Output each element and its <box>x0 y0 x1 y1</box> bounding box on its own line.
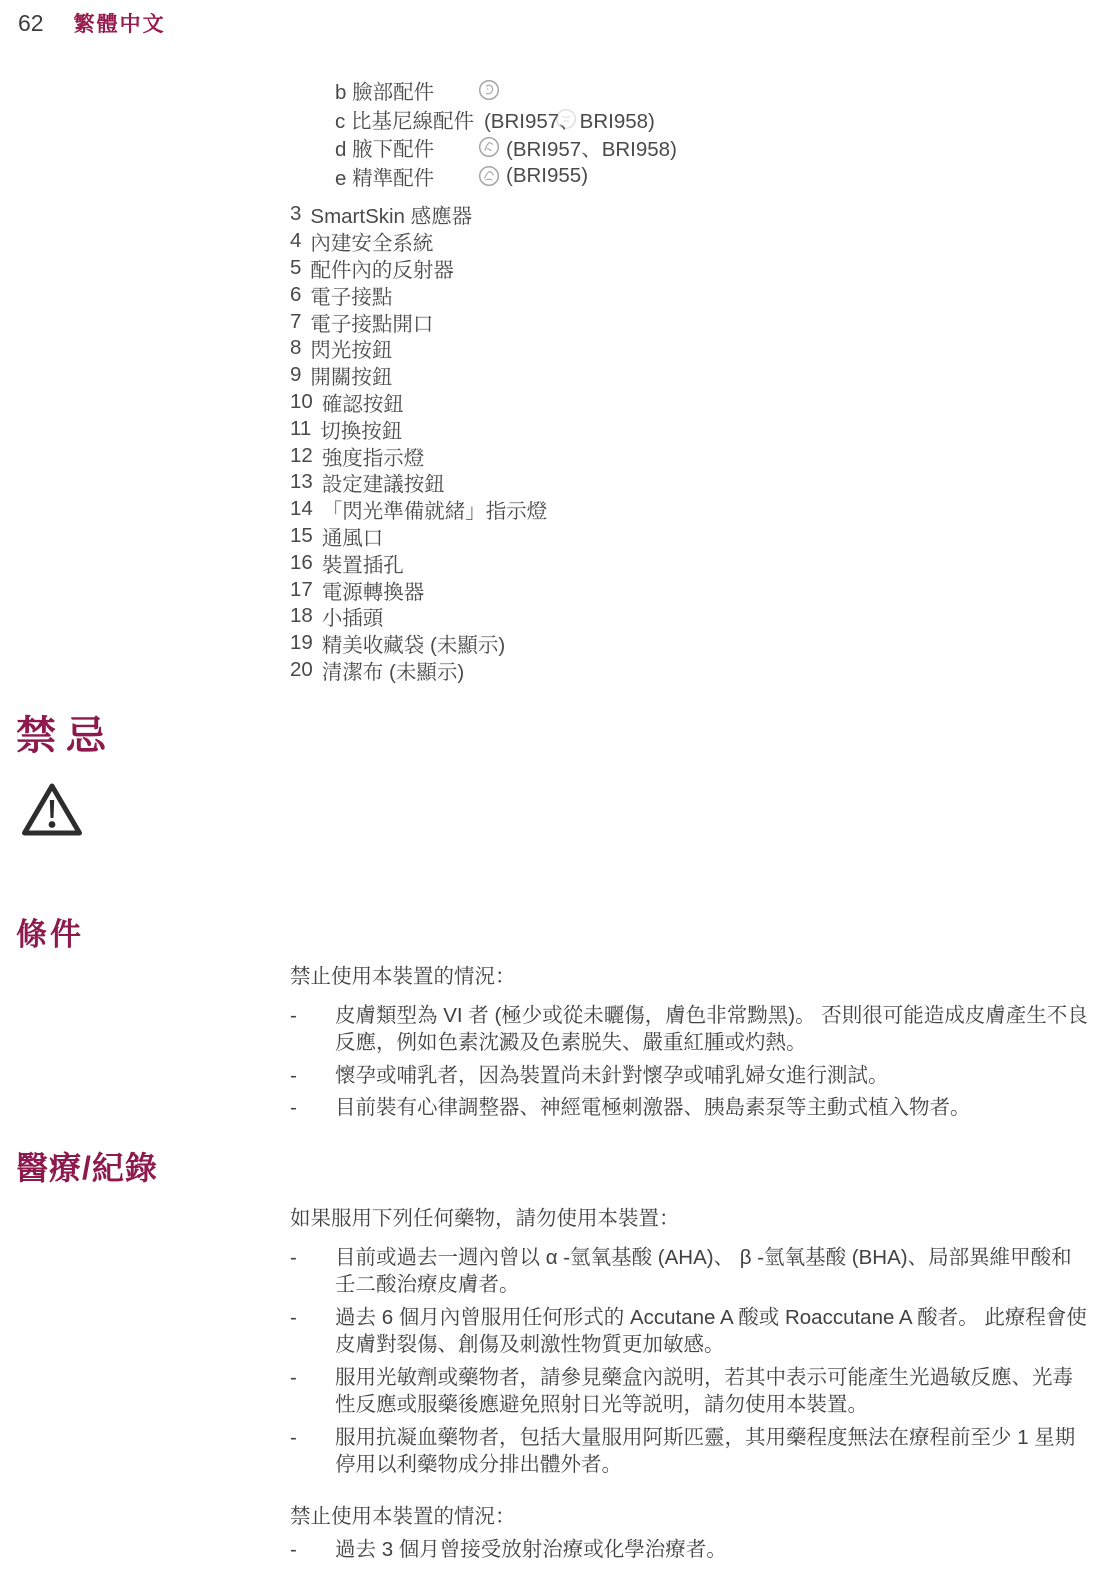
bikini-accessory-icon <box>555 108 577 130</box>
bullet-marker: - <box>290 1062 335 1090</box>
list-item: - 服用抗凝血藥物者，包括大量服用阿斯匹靈，其用藥程度無法在療程前至少 1 星期… <box>290 1424 1088 1479</box>
language-label: 繁體中文 <box>74 8 166 38</box>
part-number: 18 <box>290 604 313 628</box>
part-label: 閃光按鈕 <box>310 333 392 363</box>
part-number: 16 <box>290 551 313 575</box>
part-number: 6 <box>290 283 301 307</box>
precision-accessory-icon <box>478 165 500 187</box>
part-label: 清潔布 (未顯示) <box>322 655 464 685</box>
bullet-marker: - <box>290 1094 335 1122</box>
list-item: 14「閃光準備就緒」指示燈 <box>290 496 547 523</box>
part-label: 精美收藏袋 (未顯示) <box>322 628 505 658</box>
list-item: - 目前裝有心律調整器、神經電極刺激器、胰島素泵等主動式植入物者。 <box>290 1094 1088 1122</box>
section-heading-contraindications: 禁忌 <box>16 714 116 758</box>
bullet-marker: - <box>290 1244 335 1299</box>
part-label: 確認按鈕 <box>322 387 404 417</box>
bullet-marker: - <box>290 1536 335 1564</box>
part-number: 14 <box>290 497 313 521</box>
list-item: d 腋下配件 (BRI957、BRI958) <box>335 133 677 162</box>
list-item: 10確認按鈕 <box>290 389 547 416</box>
accessory-model-code: (BRI955) <box>506 164 588 188</box>
part-label: 電子接點開口 <box>310 307 433 337</box>
list-item: 9開關按鈕 <box>290 362 547 389</box>
part-number: 7 <box>290 310 301 334</box>
list-item: 13設定建議按鈕 <box>290 469 547 496</box>
list-item: 4內建安全系統 <box>290 228 547 255</box>
bullet-text: 目前或過去一週內曾以 α -氫氧基酸 (AHA)、 β -氫氧基酸 (BHA)、… <box>335 1244 1088 1299</box>
bullet-marker: - <box>290 1364 335 1419</box>
list-item: - 過去 6 個月內曾服用任何形式的 Accutane A 酸或 Roaccut… <box>290 1304 1088 1359</box>
part-label: 電源轉換器 <box>322 575 425 605</box>
accessories-list: b 臉部配件 c 比基尼線配件 (BRI957、BRI958) d 腋下配件 (… <box>335 76 677 190</box>
list-item: b 臉部配件 <box>335 76 677 105</box>
part-label: 「閃光準備就緒」指示燈 <box>322 494 548 524</box>
part-number: 4 <box>290 229 301 253</box>
face-accessory-icon <box>478 79 500 101</box>
bullet-text: 懷孕或哺乳者，因為裝置尚未針對懷孕或哺乳婦女進行測試。 <box>335 1062 1088 1090</box>
section-heading-medical-records: 醫療/紀錄 <box>16 1151 158 1186</box>
part-number: 13 <box>290 470 313 494</box>
list-item: - 皮膚類型為 VI 者 (極少或從未曬傷，膚色非常黝黑)。 否則很可能造成皮膚… <box>290 1002 1088 1057</box>
part-number: 3 <box>290 202 301 226</box>
list-item: 8閃光按鈕 <box>290 335 547 362</box>
conditions-body: 禁止使用本裝置的情況： - 皮膚類型為 VI 者 (極少或從未曬傷，膚色非常黝黑… <box>290 963 1088 1127</box>
list-item: 17電源轉換器 <box>290 576 547 603</box>
part-number: 17 <box>290 578 313 602</box>
part-label: 配件內的反射器 <box>310 253 454 283</box>
part-label: 設定建議按鈕 <box>322 467 445 497</box>
part-label: 內建安全系統 <box>310 226 433 256</box>
list-item: 11切換按鈕 <box>290 415 547 442</box>
bullet-text: 皮膚類型為 VI 者 (極少或從未曬傷，膚色非常黝黑)。 否則很可能造成皮膚產生… <box>335 1002 1088 1057</box>
accessory-model-code: (BRI957、BRI958) <box>506 132 677 162</box>
list-item: e 精準配件 (BRI955) <box>335 162 677 191</box>
bullet-marker: - <box>290 1002 335 1057</box>
list-item: - 過去 3 個月曾接受放射治療或化學治療者。 <box>290 1536 1088 1564</box>
list-item: 5配件內的反射器 <box>290 255 547 282</box>
warning-triangle-icon <box>20 781 84 839</box>
part-label: SmartSkin 感應器 <box>310 199 472 229</box>
list-item: 20清潔布 (未顯示) <box>290 657 547 684</box>
list-item: - 懷孕或哺乳者，因為裝置尚未針對懷孕或哺乳婦女進行測試。 <box>290 1062 1088 1090</box>
list-item: 12強度指示燈 <box>290 442 547 469</box>
part-number: 20 <box>290 658 313 682</box>
section-heading-conditions: 條件 <box>16 918 84 952</box>
list-item: - 服用光敏劑或藥物者，請參見藥盒內説明，若其中表示可能產生光過敏反應、光毒性反… <box>290 1364 1088 1419</box>
part-number: 10 <box>290 390 313 414</box>
bullet-text: 服用抗凝血藥物者，包括大量服用阿斯匹靈，其用藥程度無法在療程前至少 1 星期停用… <box>335 1424 1088 1479</box>
page-header: 62 繁體中文 <box>18 8 166 38</box>
bullet-text: 服用光敏劑或藥物者，請參見藥盒內説明，若其中表示可能產生光過敏反應、光毒性反應或… <box>335 1364 1088 1419</box>
part-label: 小插頭 <box>322 601 384 631</box>
medical-second-intro: 禁止使用本裝置的情況： <box>290 1503 1088 1531</box>
part-number: 12 <box>290 444 313 468</box>
part-number: 15 <box>290 524 313 548</box>
list-item: 18小插頭 <box>290 603 547 630</box>
bullet-marker: - <box>290 1424 335 1479</box>
part-number: 5 <box>290 256 301 280</box>
bullet-text: 過去 6 個月內曾服用任何形式的 Accutane A 酸或 Roaccutan… <box>335 1304 1088 1359</box>
part-label: 強度指示燈 <box>322 441 425 471</box>
parts-list: 3SmartSkin 感應器 4內建安全系統 5配件內的反射器 6電子接點 7電… <box>290 201 547 683</box>
part-label: 開關按鈕 <box>310 360 392 390</box>
part-number: 8 <box>290 336 301 360</box>
medical-intro: 如果服用下列任何藥物，請勿使用本裝置： <box>290 1205 1088 1233</box>
list-item: c 比基尼線配件 (BRI957、BRI958) <box>335 105 677 134</box>
page-number: 62 <box>18 10 44 37</box>
part-number: 11 <box>290 417 311 441</box>
part-label: 通風口 <box>322 521 384 551</box>
accessory-label: c 比基尼線配件 <box>335 104 474 134</box>
bullet-text: 過去 3 個月曾接受放射治療或化學治療者。 <box>335 1536 1088 1564</box>
list-item: 7電子接點開口 <box>290 308 547 335</box>
part-label: 切換按鈕 <box>320 414 402 444</box>
list-item: - 目前或過去一週內曾以 α -氫氧基酸 (AHA)、 β -氫氧基酸 (BHA… <box>290 1244 1088 1299</box>
part-number: 9 <box>290 363 301 387</box>
accessory-label: b 臉部配件 <box>335 75 478 105</box>
bullet-marker: - <box>290 1304 335 1359</box>
list-item: 16裝置插孔 <box>290 549 547 576</box>
underarm-accessory-icon <box>478 136 500 158</box>
part-label: 裝置插孔 <box>322 548 404 578</box>
list-item: 15通風口 <box>290 523 547 550</box>
medical-body: 如果服用下列任何藥物，請勿使用本裝置： - 目前或過去一週內曾以 α -氫氧基酸… <box>290 1205 1088 1569</box>
part-number: 19 <box>290 631 313 655</box>
conditions-intro: 禁止使用本裝置的情況： <box>290 963 1088 991</box>
bullet-text: 目前裝有心律調整器、神經電極刺激器、胰島素泵等主動式植入物者。 <box>335 1094 1088 1122</box>
list-item: 6電子接點 <box>290 281 547 308</box>
list-item: 19精美收藏袋 (未顯示) <box>290 630 547 657</box>
list-item: 3SmartSkin 感應器 <box>290 201 547 228</box>
part-label: 電子接點 <box>310 280 392 310</box>
accessory-label: d 腋下配件 <box>335 132 478 162</box>
accessory-label: e 精準配件 <box>335 161 478 191</box>
